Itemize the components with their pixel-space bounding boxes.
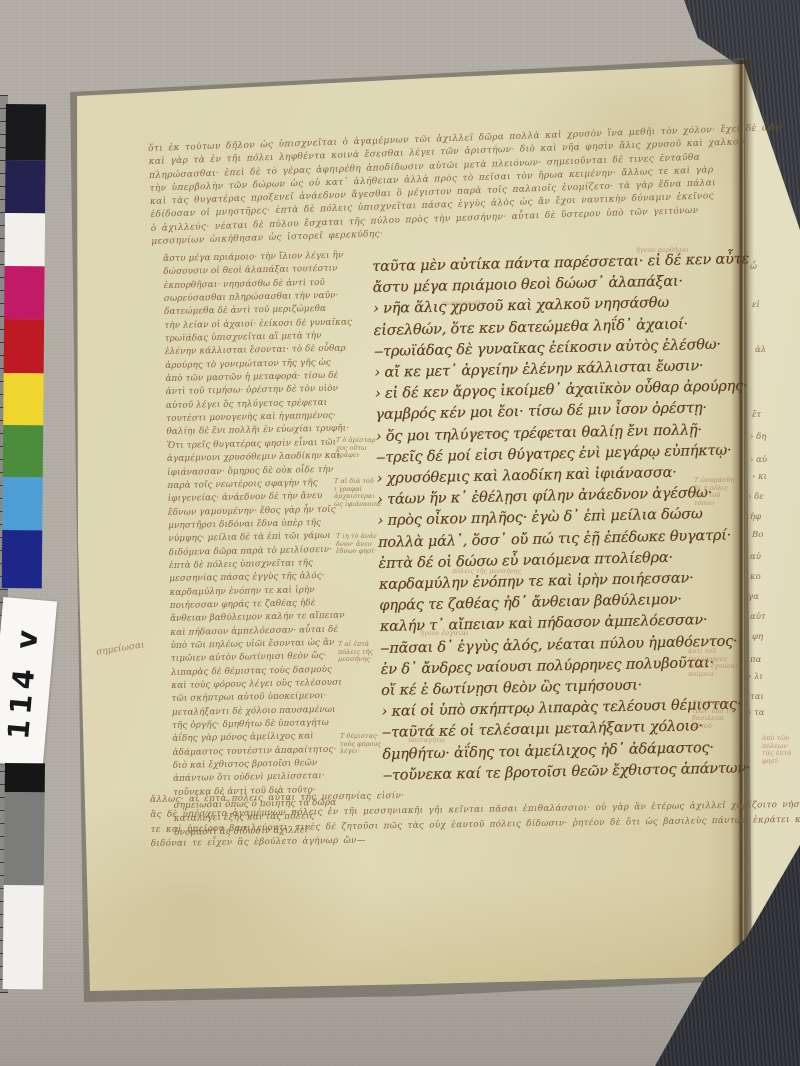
color-patch-yellow [3, 373, 43, 425]
color-patch-navy [5, 160, 45, 213]
color-patch-black-2 [5, 763, 45, 792]
color-patch-black [6, 104, 46, 160]
manuscript-photo: ὦεἰἀλἔτ› δη› αὐ› κι› δεἡφΒοαὐκογααὐτφηπα… [0, 0, 800, 1066]
color-patch-red [4, 319, 44, 373]
color-patch-green [3, 425, 43, 477]
left-scholia-column: ἄστυ μέγα πριάμοιο· τὴν ἴλιον λέγει ἣνδώ… [163, 249, 374, 840]
color-patch-dark-blue [2, 530, 43, 588]
gray-scale-patches [3, 763, 47, 989]
color-patch-magenta [4, 266, 44, 319]
color-patch-white-2 [3, 885, 44, 989]
color-patch-white [5, 213, 45, 266]
color-calibration-bar [2, 104, 46, 588]
color-patch-light-blue [2, 477, 42, 530]
main-text-column: ταῦτα μὲν αὐτίκα πάντα παρέσσεται· εἰ δέ… [372, 249, 757, 787]
top-scholia-block: ὅτι ἐκ τούτων δῆλον ὡς ὑπισχνεῖται ὁ ἀγα… [148, 123, 755, 249]
folio-number-text: 114 v [1, 623, 45, 740]
bottom-scholia-block: ἄλλως· αἱ ἑπτὰ πόλεις αὗται τῆς μεσσηνία… [150, 784, 751, 853]
color-patch-gray-2 [4, 792, 45, 885]
folio-number-label: 114 v [0, 597, 57, 767]
